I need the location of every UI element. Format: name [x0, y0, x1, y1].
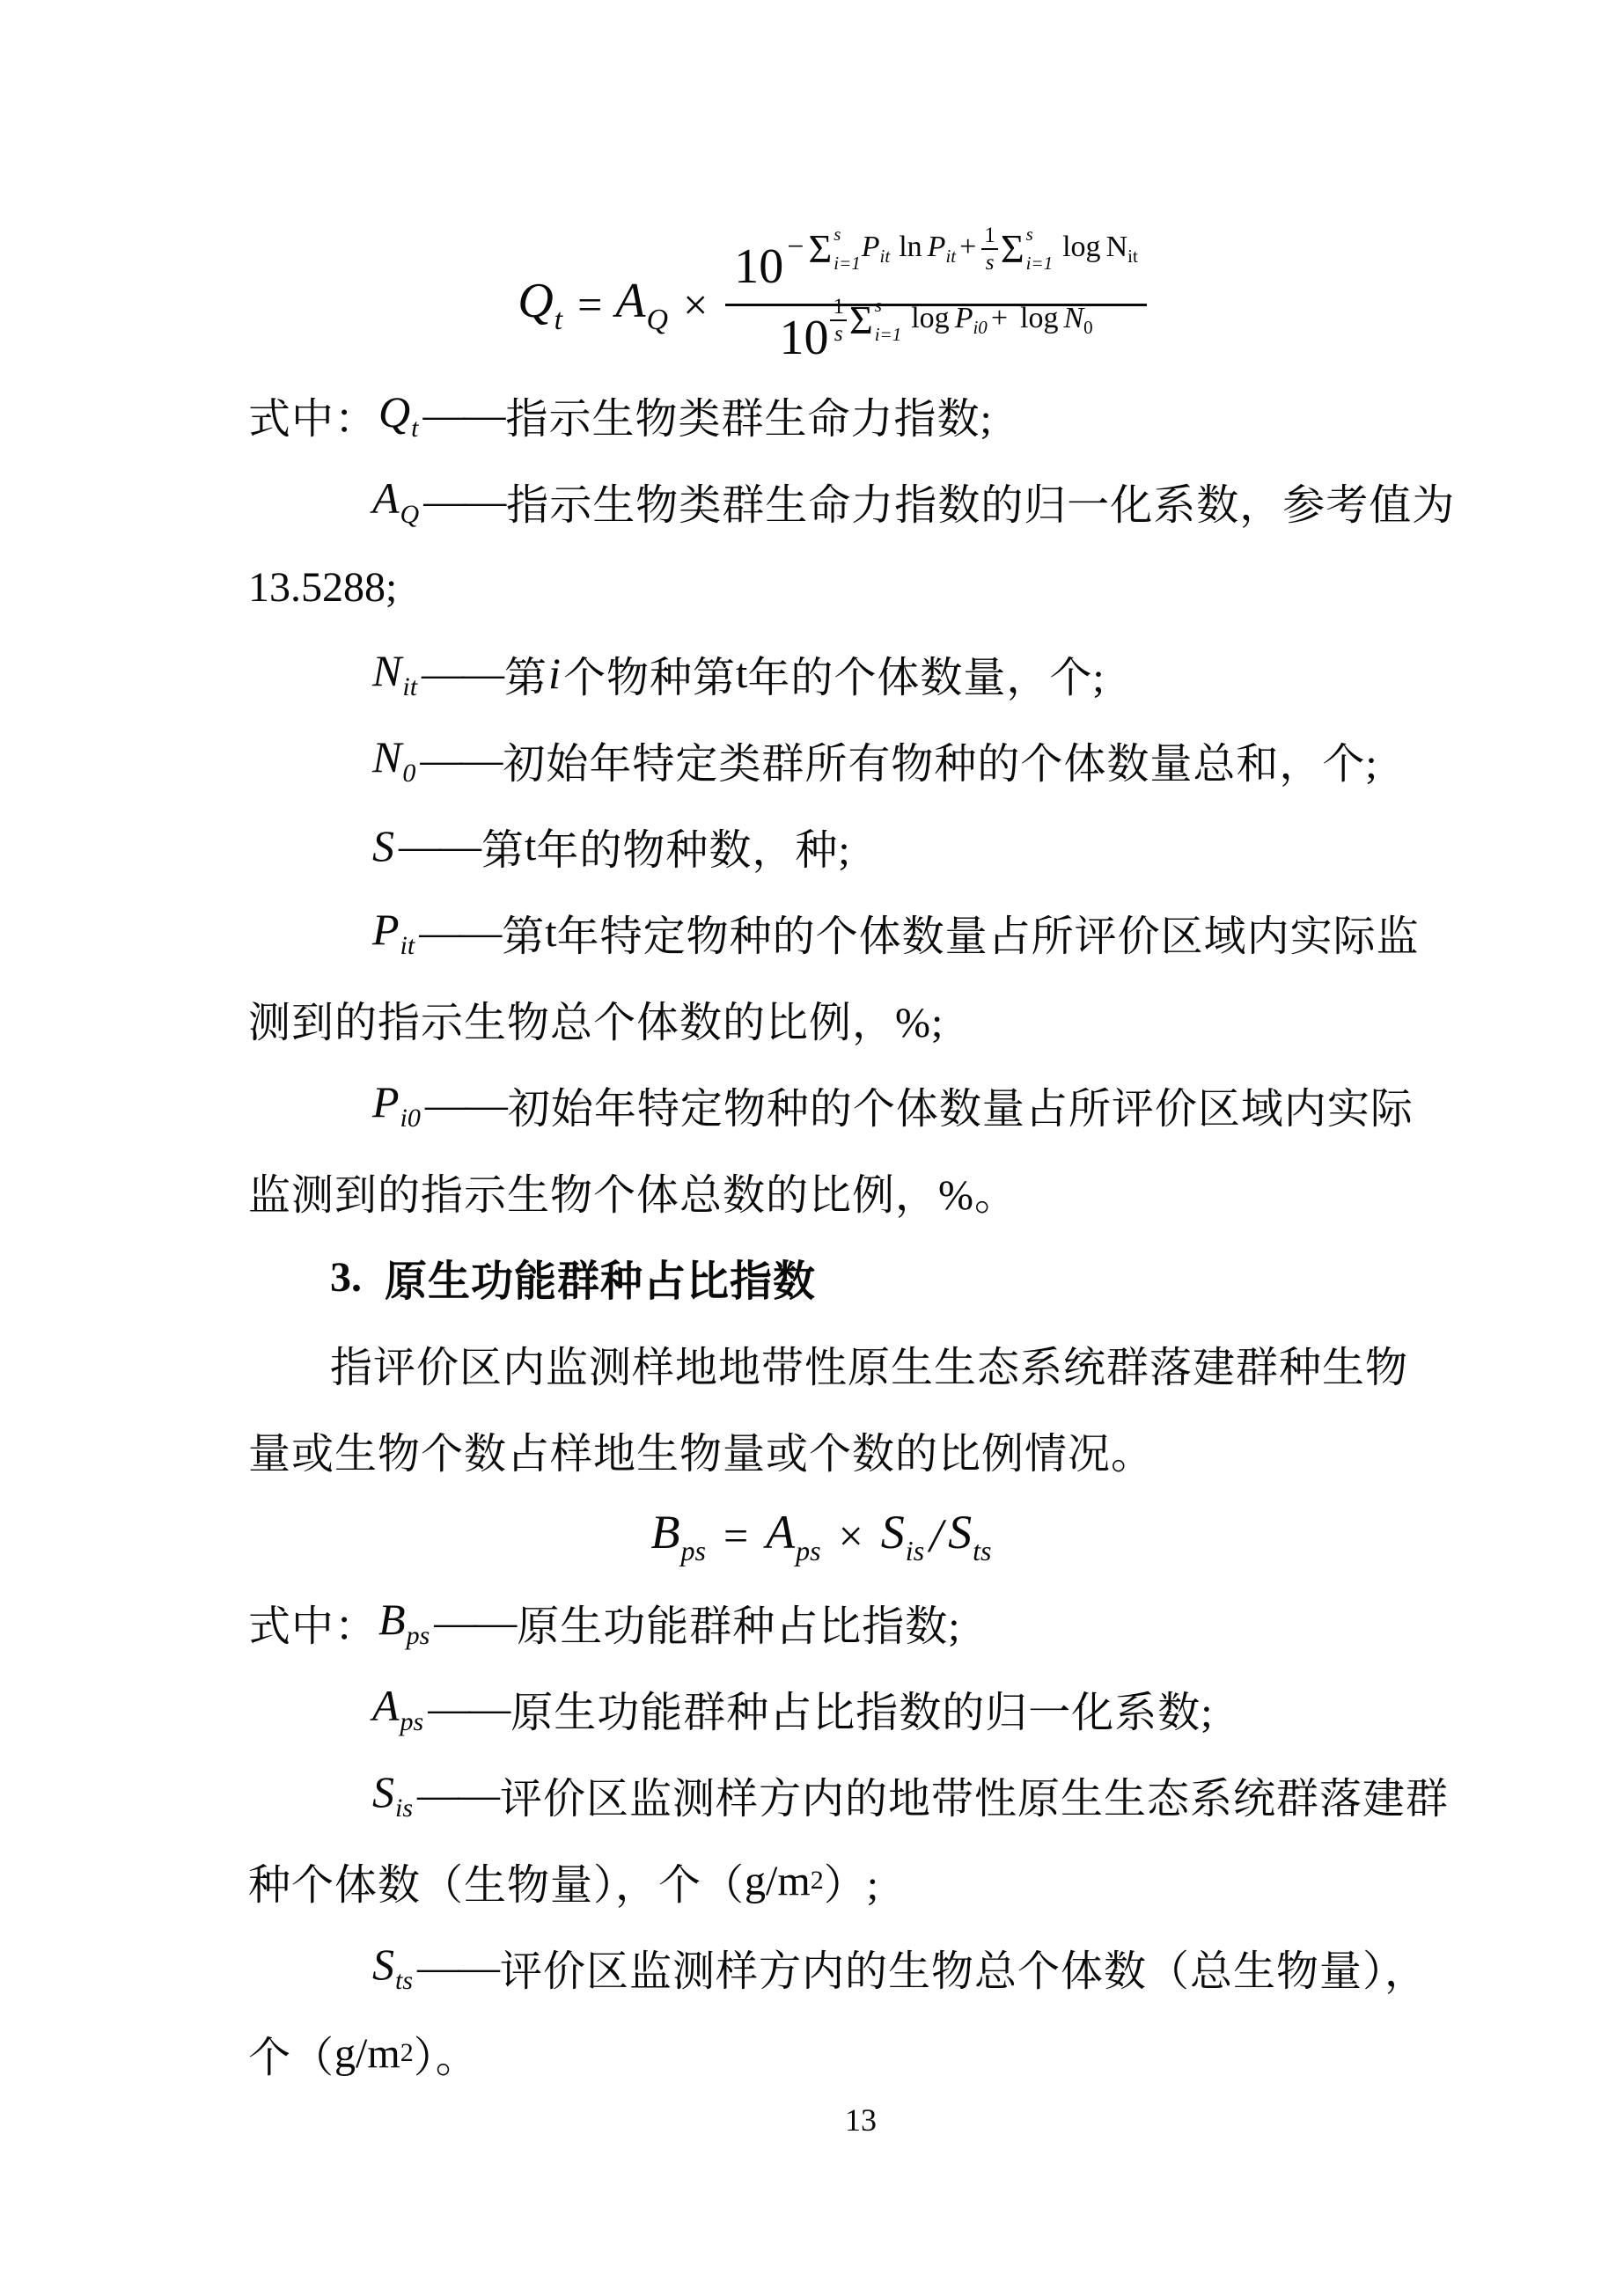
- exponent: −Σsi=1PitlnPit+1sΣsi=1logNit: [783, 224, 1138, 274]
- sis-definition: 评价区监测样方内的地带性原生生态系统群落建群: [500, 1764, 1449, 1825]
- lower-limit: i=1: [1026, 254, 1054, 273]
- fraction-denominator: 10 1sΣsi=1logPi0+logN0: [770, 310, 1101, 371]
- symbol-subscript: ts: [973, 1535, 991, 1566]
- summation-limits: si=1: [1026, 225, 1054, 273]
- where-label: 式中：: [248, 385, 378, 445]
- symbol-base: A: [372, 1681, 400, 1730]
- symbol-base: Q: [378, 387, 410, 436]
- symbol-subscript: ts: [395, 1966, 413, 1995]
- log-function: log: [1020, 302, 1058, 334]
- paragraph-text: 指评价区内监测样地地带性原生生态系统群落建群种生物: [330, 1333, 1408, 1394]
- summation-limits: si=1: [834, 225, 861, 273]
- definition-dash: ——: [419, 908, 500, 957]
- aq-reference-value: 13.5288;: [248, 563, 397, 612]
- symbol-subscript: Q: [647, 304, 669, 336]
- definition-sis-continuation: 种个体数（生物量），个（g/m2）;: [248, 1838, 1473, 1924]
- symbol-base: A: [766, 1506, 795, 1559]
- formula1-where-line: 式中：Qt——指示生物类群生命力指数;: [248, 371, 1473, 458]
- paragraph-text: 量或生物个数占样地生物量或个数的比例情况。: [248, 1419, 1154, 1480]
- definition-dash: ——: [425, 1081, 506, 1129]
- symbol-subscript: ps: [407, 1621, 430, 1650]
- qt-symbol: Qt: [518, 273, 562, 337]
- lower-limit: i=1: [834, 254, 861, 273]
- symbol-base: S: [948, 1506, 972, 1559]
- definition-pit-continuation: 测到的指示生物总个体数的比例，%;: [248, 975, 1473, 1061]
- section-paragraph-line1: 指评价区内监测样地地带性原生生态系统群落建群种生物: [248, 1320, 1473, 1406]
- superscript-2: 2: [400, 2038, 414, 2068]
- sis-definition-cont: ）;: [824, 1851, 879, 1911]
- definition-dash: ——: [422, 391, 503, 439]
- pit-definition-cont: 测到的指示生物总个体数的比例，%;: [248, 988, 944, 1049]
- upper-limit: s: [834, 225, 861, 244]
- s-definition: 第: [481, 816, 525, 877]
- symbol-subscript: i0: [973, 317, 987, 338]
- symbol-base: i: [548, 649, 561, 698]
- small-denominator: s: [986, 250, 995, 274]
- power-expression: 10 1sΣsi=1logPi0+logN0: [779, 310, 1092, 371]
- log-function: log: [1062, 231, 1100, 263]
- symbol-subscript: it: [945, 246, 956, 267]
- definition-pit: Pit——第 t 年特定物种的个体数量占所评价区域内实际监: [248, 889, 1473, 975]
- definition-aq-continuation: 13.5288;: [248, 544, 1473, 630]
- aps-symbol: Aps: [372, 1680, 423, 1737]
- definition-aps: Aps——原生功能群种占比指数的归一化系数;: [248, 1665, 1473, 1751]
- section-number: 3.: [330, 1253, 362, 1302]
- sts-symbol: Sts: [948, 1505, 991, 1567]
- symbol-subscript: it: [880, 246, 891, 267]
- symbol-subscript: is: [906, 1535, 924, 1566]
- pi0-definition-cont: 监测到的指示生物个体总数的比例，%。: [248, 1161, 1017, 1221]
- unit-g-per-m2: g/m: [334, 2029, 400, 2078]
- t-symbol: t: [545, 908, 556, 957]
- definition-n0: N0——初始年特定类群所有物种的个体数量总和，个;: [248, 716, 1473, 803]
- definition-sis: Sis——评价区监测样方内的地带性原生生态系统群落建群: [248, 1751, 1473, 1838]
- fraction: 10 −Σsi=1PitlnPit+1sΣsi=1logNit 10 1sΣsi…: [725, 238, 1147, 371]
- sis-definition-cont: 种个体数（生物量），个（: [248, 1851, 745, 1911]
- qt-symbol: Qt: [378, 386, 418, 444]
- pit-symbol: P: [928, 231, 946, 263]
- superscript-2: 2: [811, 1866, 824, 1896]
- lower-limit: i=1: [875, 326, 902, 344]
- sts-definition-cont: ）。: [414, 2023, 479, 2084]
- small-denominator: s: [834, 321, 843, 345]
- formula2-where-line: 式中：Bps——原生功能群种占比指数;: [248, 1579, 1473, 1665]
- symbol-subscript: is: [395, 1794, 413, 1823]
- symbol-subscript: i0: [400, 1104, 421, 1133]
- sis-symbol: Sis: [372, 1766, 413, 1823]
- pi0-symbol: P: [955, 302, 973, 334]
- summation-operator: Σsi=1: [1001, 225, 1053, 273]
- symbol-subscript: it: [1127, 246, 1138, 267]
- symbol-subscript: ps: [400, 1707, 424, 1736]
- definition-aq: AQ——指示生物类群生命力指数的归一化系数，参考值为: [248, 458, 1473, 544]
- pit-definition: 第: [502, 902, 545, 963]
- symbol-base: A: [615, 274, 645, 328]
- aps-symbol: Aps: [766, 1505, 820, 1567]
- definition-dash: ——: [428, 1684, 509, 1733]
- definition-pi0: Pi0——初始年特定物种的个体数量占所评价区域内实际: [248, 1061, 1473, 1148]
- symbol-base: S: [372, 1767, 394, 1816]
- definition-dash: ——: [422, 649, 503, 698]
- sigma-icon: Σ: [1001, 229, 1024, 269]
- s-definition: 年的物种数，种;: [536, 816, 850, 877]
- symbol-base: S: [881, 1506, 905, 1559]
- n0-symbol: N0: [372, 731, 415, 789]
- symbol-subscript: Q: [400, 500, 420, 529]
- symbol-base: P: [372, 1077, 400, 1126]
- equals-sign: =: [723, 1510, 748, 1561]
- symbol-base: B: [378, 1595, 406, 1644]
- symbol-subscript: t: [411, 414, 418, 443]
- definition-sts-continuation: 个（g/m2）。: [248, 2010, 1473, 2096]
- division-slash: /: [929, 1508, 943, 1563]
- multiplication-sign: ×: [683, 279, 708, 330]
- definition-dash: ——: [417, 1943, 498, 1992]
- page-number: 13: [248, 2102, 1473, 2138]
- s-symbol: S: [372, 820, 394, 871]
- equals-sign: =: [577, 279, 602, 330]
- sigma-icon: Σ: [849, 300, 873, 341]
- nit-definition: 个物种第: [563, 643, 736, 704]
- summation-limits: si=1: [875, 297, 902, 344]
- nit-symbol: N: [1106, 231, 1128, 263]
- aps-definition: 原生功能群种占比指数的归一化系数;: [510, 1678, 1213, 1739]
- nit-definition: 年的个体数量，个;: [747, 643, 1105, 704]
- aq-symbol: AQ: [615, 273, 668, 337]
- symbol-base: S: [372, 1940, 394, 1989]
- section-title: 原生功能群种占比指数: [385, 1247, 816, 1308]
- symbol-base: Q: [518, 274, 553, 328]
- sigma-icon: Σ: [808, 229, 832, 269]
- qt-definition: 指示生物类群生命力指数;: [505, 385, 992, 445]
- symbol-base: B: [650, 1506, 679, 1559]
- symbol-subscript: ps: [796, 1535, 820, 1566]
- unit-g-per-m2: g/m: [745, 1857, 811, 1905]
- formula-primary-species-ratio: Bps = Aps × Sis / Sts: [209, 1493, 1434, 1579]
- symbol-subscript: it: [402, 672, 417, 701]
- upper-limit: s: [875, 297, 902, 315]
- n0-definition: 初始年特定类群所有物种的个体数量总和，个;: [503, 730, 1377, 790]
- symbol-subscript: ps: [680, 1535, 705, 1566]
- aq-symbol: AQ: [372, 473, 419, 530]
- pit-definition: 年特定物种的个体数量占所评价区域内实际监: [557, 902, 1420, 963]
- base-10: 10: [734, 239, 783, 294]
- definition-pi0-continuation: 监测到的指示生物个体总数的比例，%。: [248, 1148, 1473, 1234]
- pi0-symbol: Pi0: [372, 1076, 421, 1133]
- symbol-base: A: [372, 473, 400, 523]
- one-over-s-fraction: 1s: [830, 296, 847, 345]
- sts-definition-cont: 个（: [248, 2023, 334, 2084]
- sts-symbol: Sts: [372, 1939, 413, 1996]
- aq-definition: 指示生物类群生命力指数的归一化系数，参考值为: [506, 471, 1455, 532]
- minus-sign: −: [787, 231, 804, 263]
- symbol-base: P: [372, 905, 400, 954]
- symbol-base: N: [372, 646, 401, 695]
- definition-dash: ——: [399, 822, 480, 870]
- section-paragraph-line2: 量或生物个数占样地生物量或个数的比例情况。: [248, 1406, 1473, 1493]
- definition-dash: ——: [420, 736, 501, 784]
- multiplication-sign: ×: [839, 1510, 863, 1561]
- symbol-subscript: it: [400, 931, 415, 960]
- bps-definition: 原生功能群种占比指数;: [517, 1592, 960, 1653]
- definition-dash: ——: [417, 1771, 498, 1819]
- i-symbol: i: [548, 648, 561, 699]
- formula-vitality-index: Qt = AQ × 10 −Σsi=1PitlnPit+1sΣsi=1logNi…: [219, 146, 1444, 371]
- pit-symbol: P: [862, 231, 880, 263]
- n0-symbol: N: [1063, 302, 1083, 334]
- symbol-base: S: [372, 821, 394, 870]
- symbol-subscript: 0: [1083, 317, 1093, 338]
- nit-definition: 第: [504, 643, 547, 704]
- power-expression: 10 −Σsi=1PitlnPit+1sΣsi=1logNit: [734, 238, 1138, 300]
- plus-sign: +: [959, 231, 976, 263]
- section-heading: 3.原生功能群种占比指数: [248, 1234, 1473, 1320]
- definition-dash: ——: [434, 1598, 515, 1647]
- symbol-subscript: t: [554, 304, 562, 336]
- pit-symbol: Pit: [372, 904, 415, 961]
- formula-expression: Qt = AQ × 10 −Σsi=1PitlnPit+1sΣsi=1logNi…: [517, 238, 1147, 371]
- small-numerator: 1: [830, 296, 847, 321]
- sis-symbol: Sis: [881, 1505, 924, 1567]
- plus-sign: +: [991, 302, 1008, 334]
- symbol-base: N: [372, 732, 401, 781]
- fraction-numerator: 10 −Σsi=1PitlnPit+1sΣsi=1logNit: [725, 238, 1147, 300]
- definition-dash: ——: [423, 477, 504, 525]
- definition-s: S——第 t 年的物种数，种;: [248, 803, 1473, 889]
- pi0-definition: 初始年特定物种的个体数量占所评价区域内实际: [508, 1075, 1414, 1135]
- document-page: Qt = AQ × 10 −Σsi=1PitlnPit+1sΣsi=1logNi…: [0, 0, 1623, 2296]
- one-over-s-fraction: 1s: [981, 224, 998, 274]
- small-numerator: 1: [981, 224, 998, 250]
- t-symbol: t: [525, 822, 536, 870]
- bps-symbol: Bps: [378, 1594, 430, 1651]
- nit-symbol: Nit: [372, 645, 417, 702]
- base-10: 10: [779, 311, 828, 365]
- definition-nit: Nit——第 i 个物种第 t 年的个体数量，个;: [248, 630, 1473, 716]
- symbol-subscript: 0: [402, 759, 415, 788]
- definition-sts: Sts——评价区监测样方内的生物总个体数（总生物量），: [248, 1924, 1473, 2010]
- exponent: 1sΣsi=1logPi0+logN0: [828, 296, 1092, 345]
- bps-symbol: Bps: [650, 1505, 705, 1567]
- body-text: 式中：Qt——指示生物类群生命力指数;AQ——指示生物类群生命力指数的归一化系数…: [248, 371, 1473, 2096]
- upper-limit: s: [1026, 225, 1054, 244]
- t-symbol: t: [736, 649, 747, 698]
- log-function: log: [911, 302, 949, 334]
- summation-operator: Σsi=1: [849, 297, 901, 344]
- ln-function: ln: [899, 231, 922, 263]
- sts-definition: 评价区监测样方内的生物总个体数（总生物量），: [500, 1937, 1428, 1998]
- summation-operator: Σsi=1: [808, 225, 860, 273]
- where-label: 式中：: [248, 1592, 378, 1653]
